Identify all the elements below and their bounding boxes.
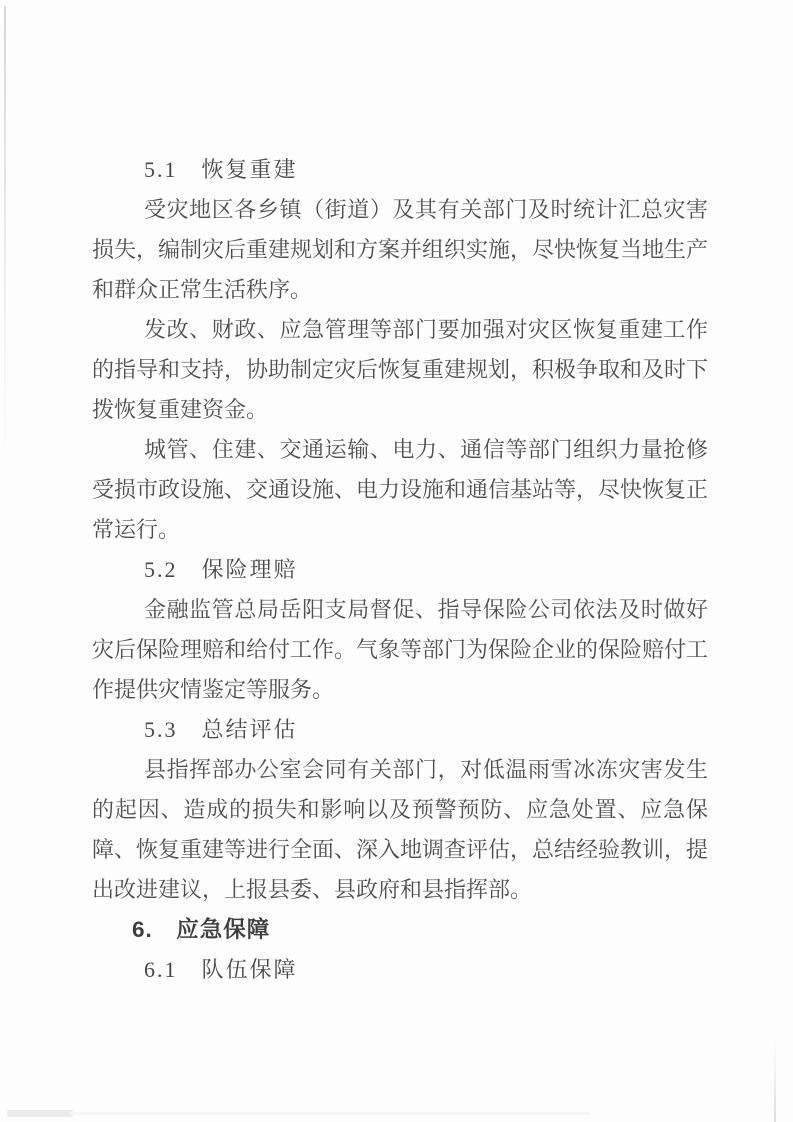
body-paragraph: 受灾地区各乡镇（街道）及其有关部门及时统计汇总灾害损失，编制灾后重建规划和方案并… xyxy=(92,190,708,310)
body-paragraph: 城管、住建、交通运输、电力、通信等部门组织力量抢修受损市政设施、交通设施、电力设… xyxy=(92,430,708,550)
chapter-heading: 6. 应急保障 xyxy=(92,910,708,950)
scanned-document-page: 5.1 恢复重建受灾地区各乡镇（街道）及其有关部门及时统计汇总灾害损失，编制灾后… xyxy=(0,0,793,1122)
body-paragraph: 县指挥部办公室会同有关部门，对低温雨雪冰冻灾害发生的起因、造成的损失和影响以及预… xyxy=(92,750,708,910)
section-heading: 5.1 恢复重建 xyxy=(92,150,708,190)
document-content: 5.1 恢复重建受灾地区各乡镇（街道）及其有关部门及时统计汇总灾害损失，编制灾后… xyxy=(92,150,708,990)
scan-page-edge-right xyxy=(774,1040,776,1122)
body-paragraph: 金融监管总局岳阳支局督促、指导保险公司依法及时做好灾后保险理赔和给付工作。气象等… xyxy=(92,590,708,710)
section-heading: 5.2 保险理赔 xyxy=(92,550,708,590)
section-heading: 6.1 队伍保障 xyxy=(92,950,708,990)
scan-shadow-bottom-left xyxy=(7,1110,73,1117)
section-heading: 5.3 总结评估 xyxy=(92,710,708,750)
scan-shadow-bottom-line xyxy=(70,1112,590,1115)
scan-page-edge-left xyxy=(4,6,6,466)
body-paragraph: 发改、财政、应急管理等部门要加强对灾区恢复重建工作的指导和支持，协助制定灾后恢复… xyxy=(92,310,708,430)
